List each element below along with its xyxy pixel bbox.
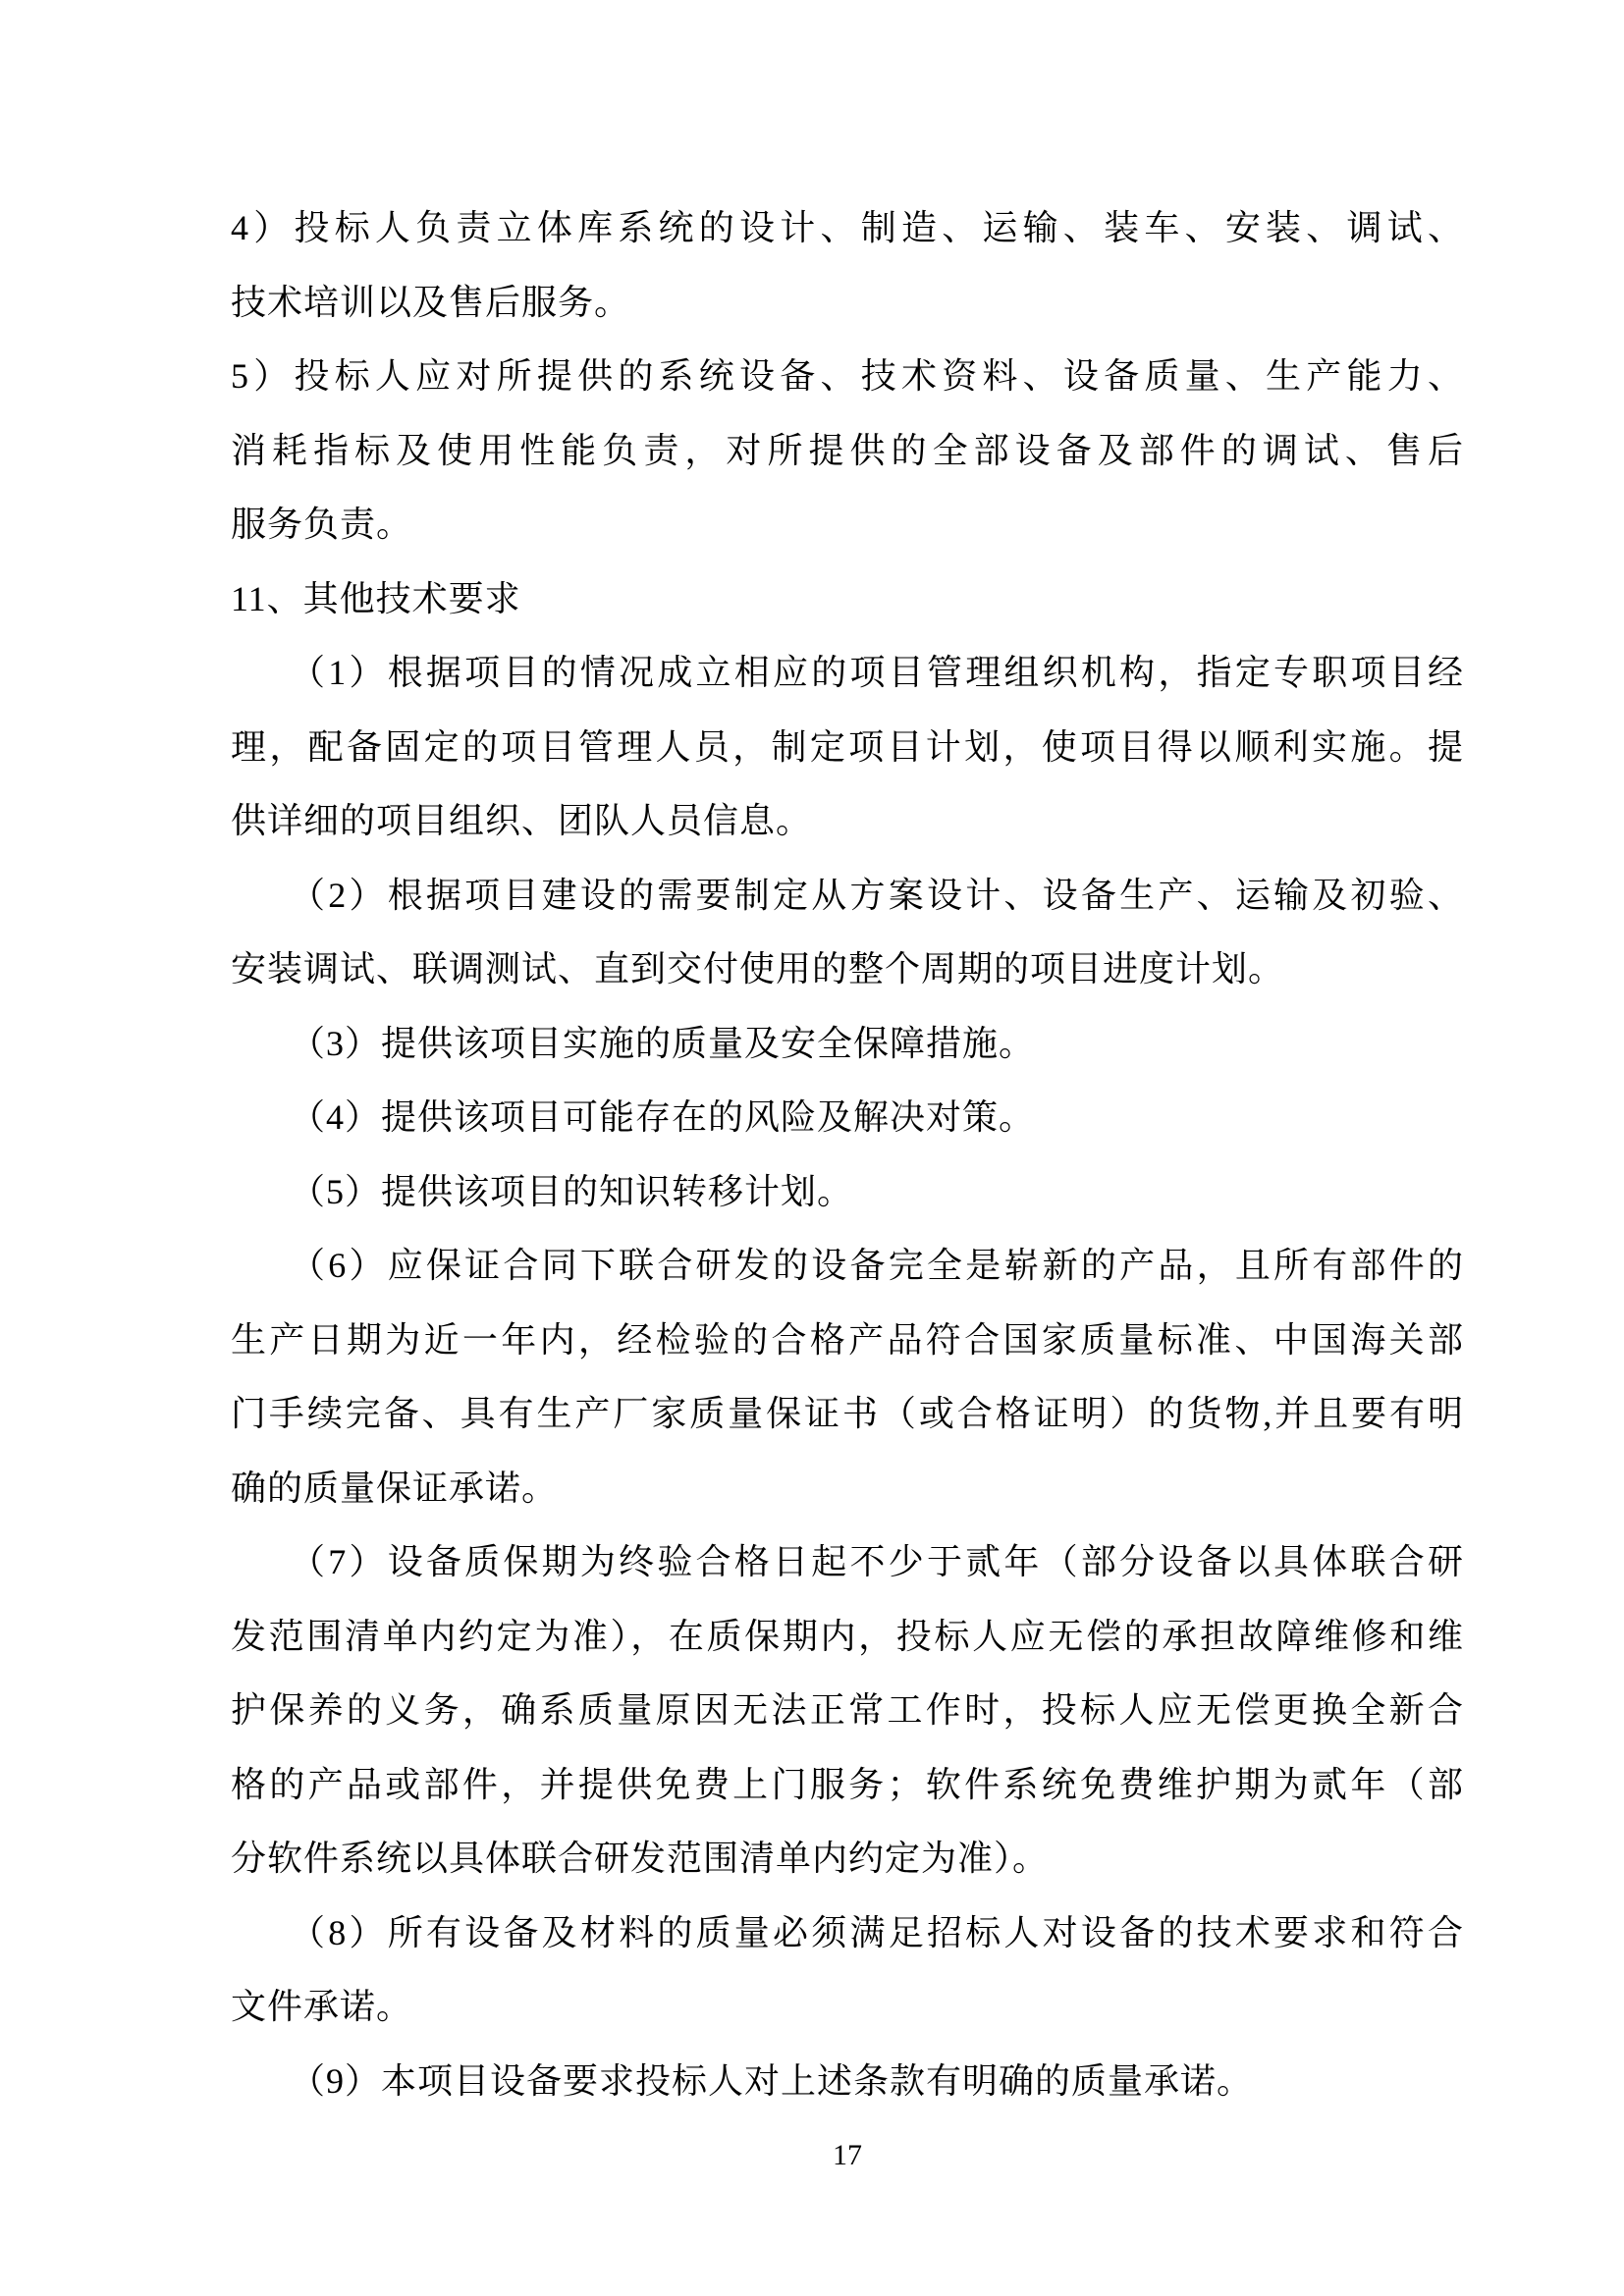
text-line: （8）所有设备及材料的质量必须满足招标人对设备的技术要求和符合 <box>231 1896 1464 1971</box>
text-line: 服务负责。 <box>231 488 1464 562</box>
text-line: 发范围清单内约定为准），在质保期内，投标人应无偿的承担故障维修和维 <box>231 1600 1464 1675</box>
text-line: 门手续完备、具有生产厂家质量保证书（或合格证明）的货物,并且要有明 <box>231 1377 1464 1452</box>
text-line: 格的产品或部件，并提供免费上门服务；软件系统免费维护期为贰年（部 <box>231 1748 1464 1823</box>
text-line: （4）提供该项目可能存在的风险及解决对策。 <box>231 1081 1464 1155</box>
text-line: 确的质量保证承诺。 <box>231 1452 1464 1526</box>
text-line: （9）本项目设备要求投标人对上述条款有明确的质量承诺。 <box>231 2045 1464 2119</box>
text-line: （5）提供该项目的知识转移计划。 <box>231 1155 1464 1230</box>
document-body: 4）投标人负责立体库系统的设计、制造、运输、装车、安装、调试、技术培训以及售后服… <box>231 191 1464 2118</box>
text-line: 消耗指标及使用性能负责，对所提供的全部设备及部件的调试、售后 <box>231 414 1464 489</box>
document-page: 4）投标人负责立体库系统的设计、制造、运输、装车、安装、调试、技术培训以及售后服… <box>0 0 1624 2296</box>
text-line: 5）投标人应对所提供的系统设备、技术资料、设备质量、生产能力、 <box>231 340 1464 414</box>
text-line: 11、其他技术要求 <box>231 562 1464 637</box>
text-line: 技术培训以及售后服务。 <box>231 266 1464 341</box>
text-line: 护保养的义务，确系质量原因无法正常工作时，投标人应无偿更换全新合 <box>231 1674 1464 1748</box>
page-number: 17 <box>231 2140 1464 2171</box>
text-line: 4）投标人负责立体库系统的设计、制造、运输、装车、安装、调试、 <box>231 191 1464 266</box>
text-line: （1）根据项目的情况成立相应的项目管理组织机构，指定专职项目经 <box>231 636 1464 711</box>
text-line: 生产日期为近一年内，经检验的合格产品符合国家质量标准、中国海关部 <box>231 1304 1464 1378</box>
text-line: 理，配备固定的项目管理人员，制定项目计划，使项目得以顺利实施。提 <box>231 711 1464 785</box>
text-line: （7）设备质保期为终验合格日起不少于贰年（部分设备以具体联合研 <box>231 1525 1464 1600</box>
text-line: （2）根据项目建设的需要制定从方案设计、设备生产、运输及初验、 <box>231 859 1464 934</box>
text-line: （3）提供该项目实施的质量及安全保障措施。 <box>231 1007 1464 1082</box>
text-line: 供详细的项目组织、团队人员信息。 <box>231 784 1464 859</box>
text-line: 文件承诺。 <box>231 1970 1464 2045</box>
text-line: 安装调试、联调测试、直到交付使用的整个周期的项目进度计划。 <box>231 933 1464 1007</box>
text-line: 分软件系统以具体联合研发范围清单内约定为准）。 <box>231 1822 1464 1896</box>
text-line: （6）应保证合同下联合研发的设备完全是崭新的产品，且所有部件的 <box>231 1229 1464 1304</box>
